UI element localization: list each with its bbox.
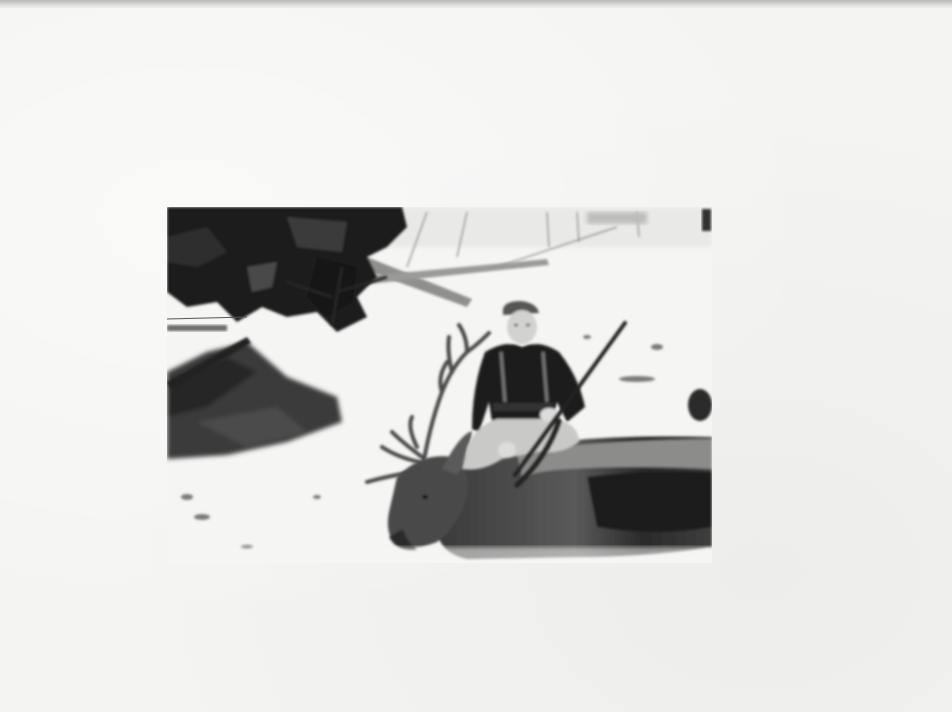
scan-edge <box>0 0 952 8</box>
photograph: Black-and-white photograph of a young hu… <box>167 207 712 563</box>
stump <box>688 389 712 421</box>
photo-scene <box>167 207 712 563</box>
